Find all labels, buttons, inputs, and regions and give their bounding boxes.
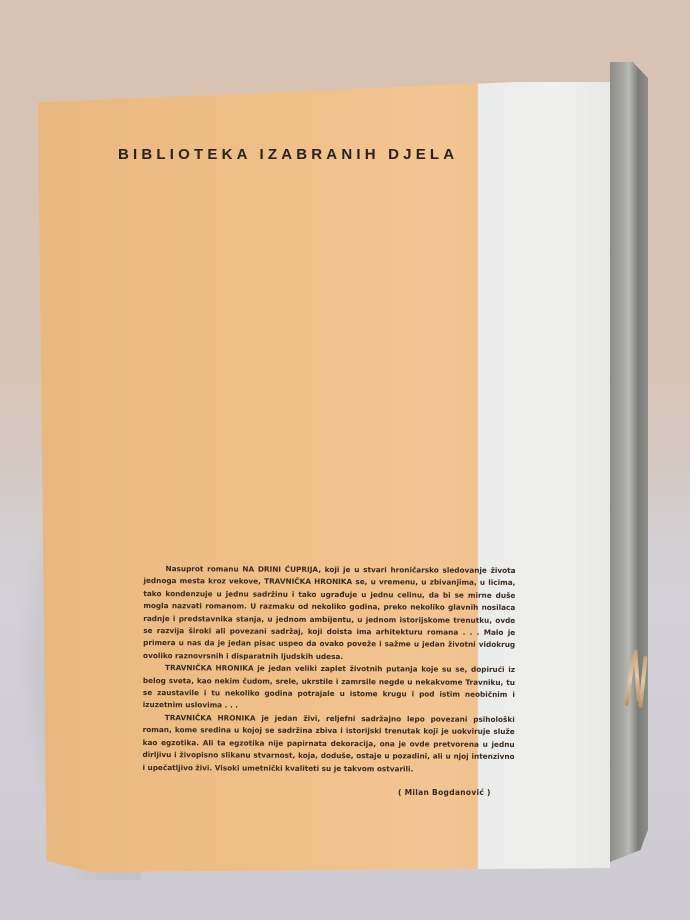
blurb-paragraph: Nasuprot romanu NA DRINI ĆUPRIJA, koji j… [143,563,516,664]
blurb-paragraph: TRAVNIČKA HRONIKA je jedan veliki zaplet… [143,662,515,714]
blurb-text: Nasuprot romanu NA DRINI ĆUPRIJA, koji j… [142,563,515,776]
blurb-paragraph: TRAVNIČKA HRONIKA je jedan živi, reljefn… [142,712,514,776]
blurb-signature: ( Milan Bogdanović ) [398,788,491,797]
ribbon-bookmark [626,650,650,710]
book-spine [610,62,648,862]
series-title: BIBLIOTEKA IZABRANIH DJELA [118,146,458,163]
